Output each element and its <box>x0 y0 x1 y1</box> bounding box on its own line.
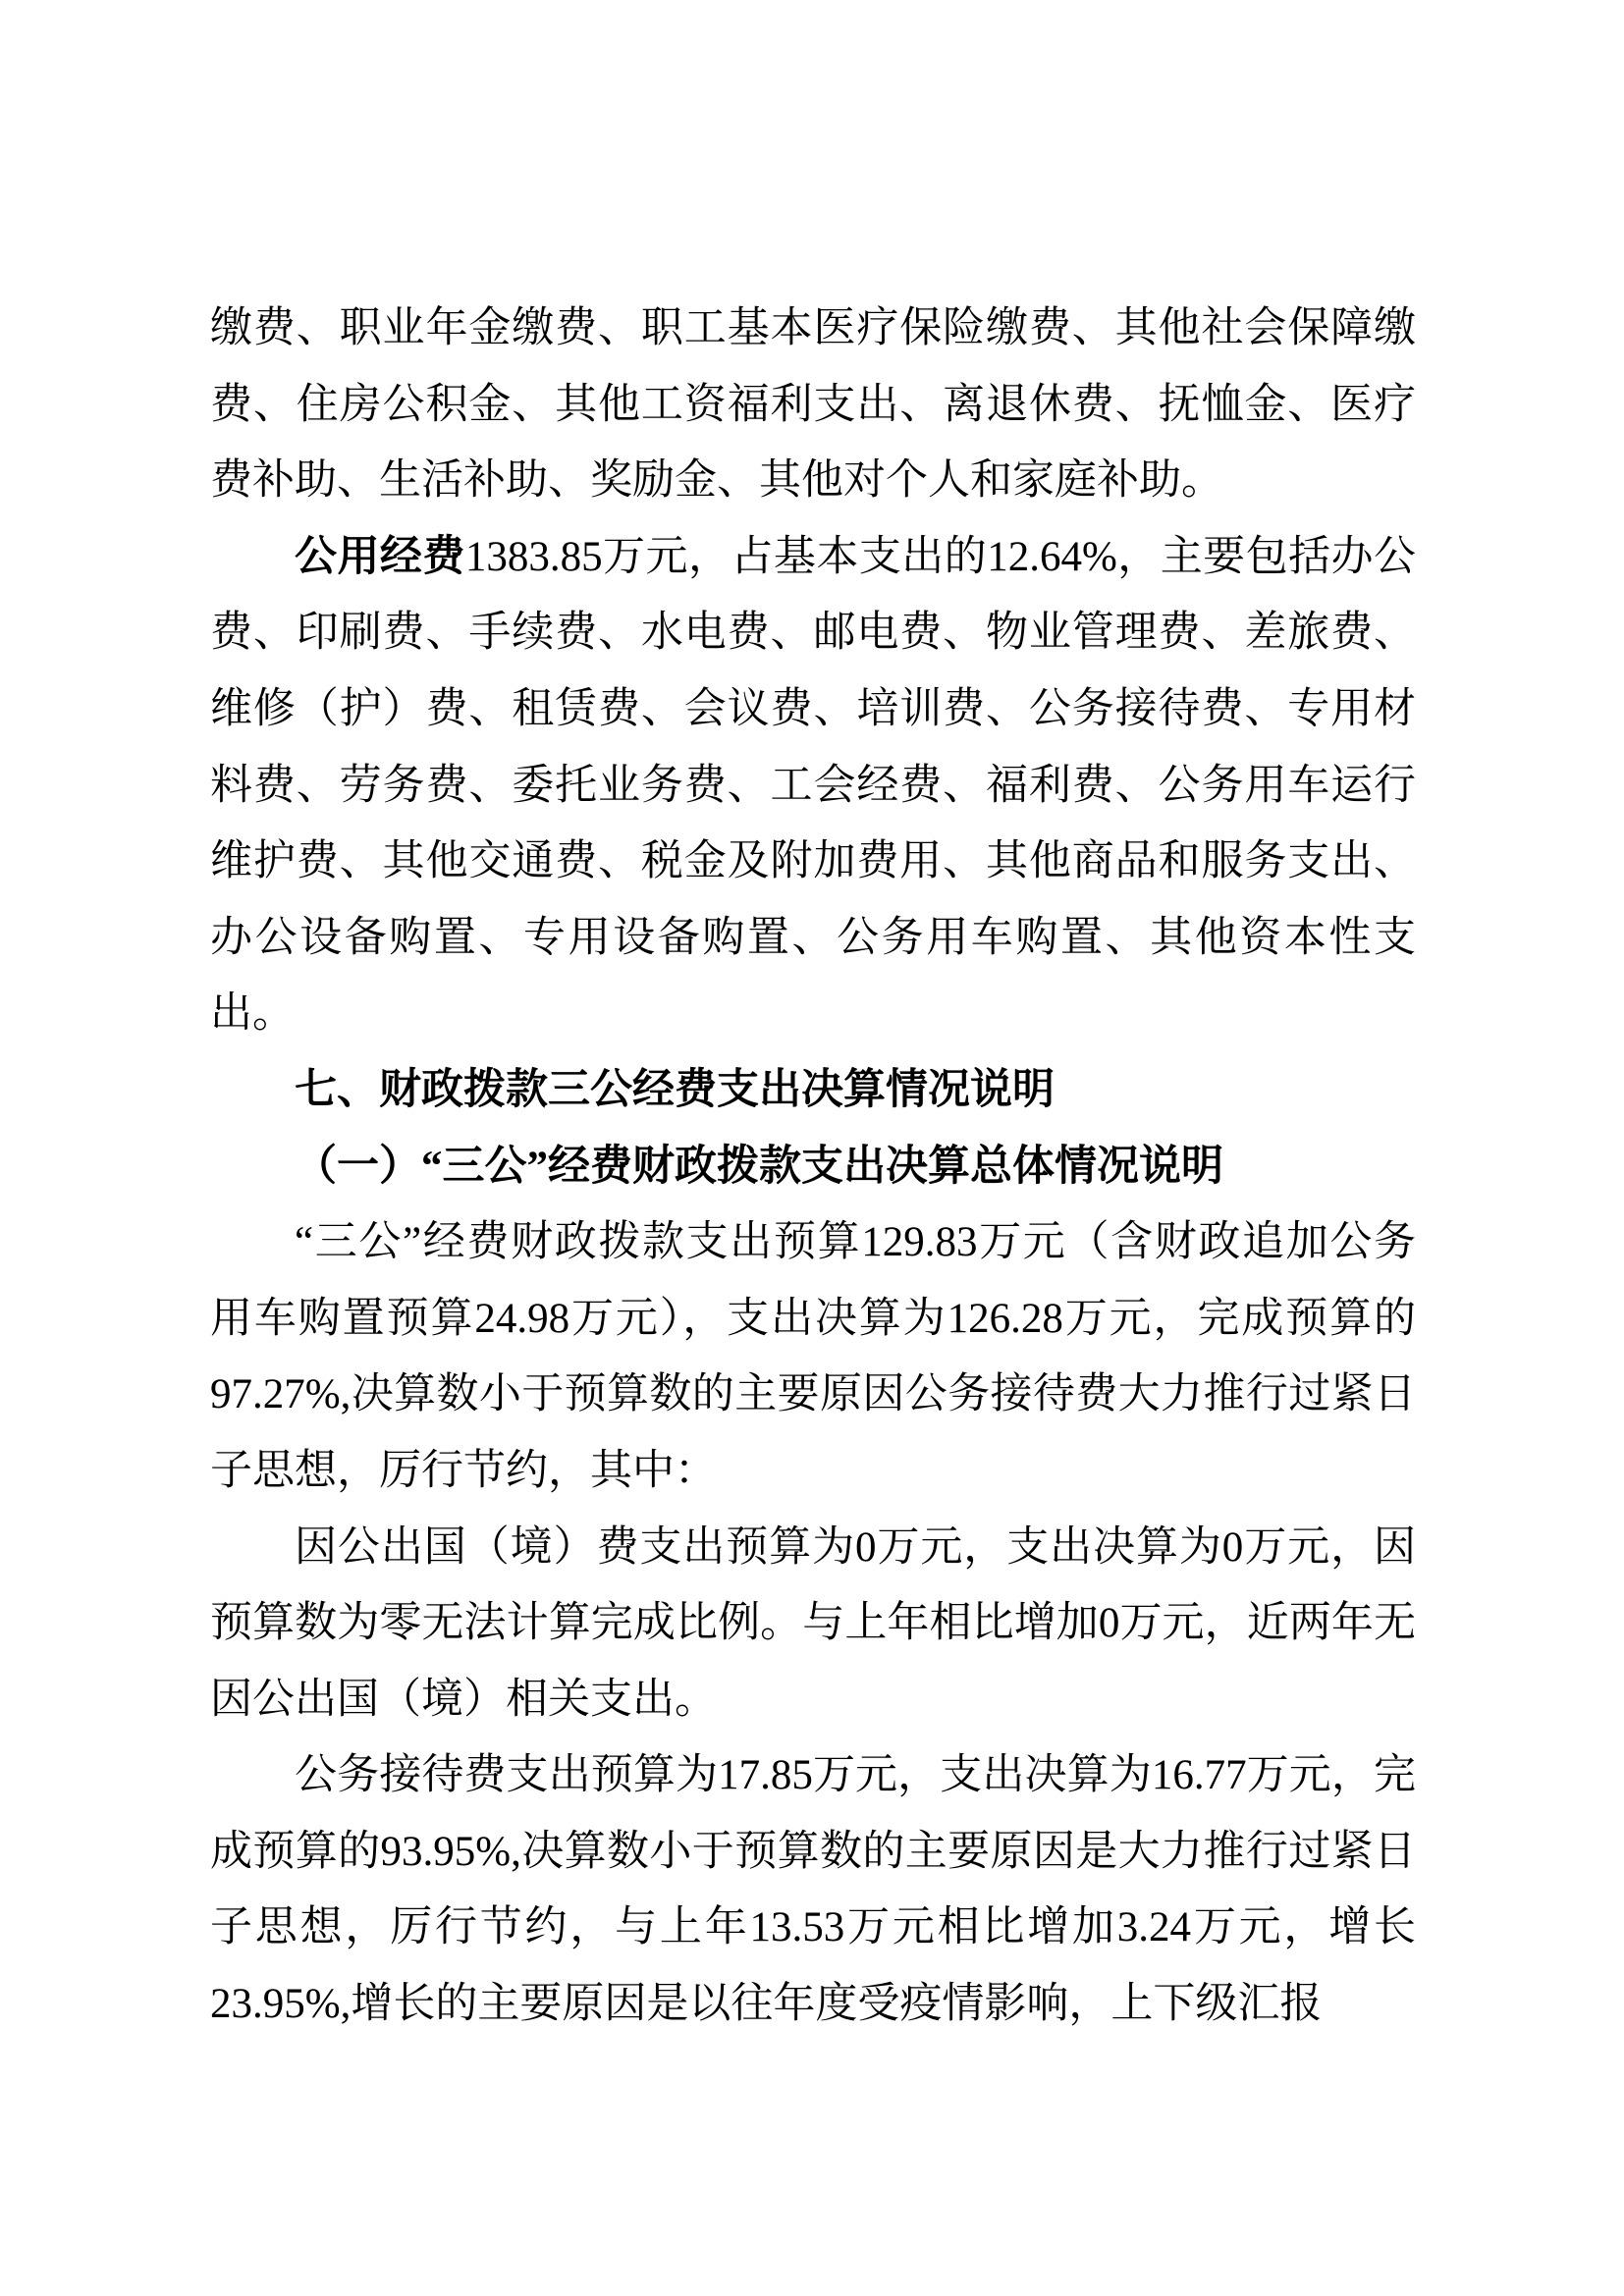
paragraph-official-reception-expense: 公务接待费支出预算为17.85万元，支出决算为16.77万元，完成预算的93.9… <box>210 1737 1416 2042</box>
heading-section-seven-three-public-funds: 七、财政拨款三公经费支出决算情况说明 <box>210 1052 1416 1129</box>
paragraph-lead-public-operating-expenses: 公用经费 <box>295 534 465 580</box>
document-page: 缴费、职业年金缴费、职工基本医疗保险缴费、其他社会保障缴费、住房公积金、其他工资… <box>0 0 1624 2296</box>
heading-subsection-one-overall-situation: （一）“三公”经费财政拨款支出决算总体情况说明 <box>210 1129 1416 1205</box>
paragraph-basic-personnel-expenses-continuation: 缴费、职业年金缴费、职工基本医疗保险缴费、其他社会保障缴费、住房公积金、其他工资… <box>210 291 1416 519</box>
document-body-text: 缴费、职业年金缴费、职工基本医疗保险缴费、其他社会保障缴费、住房公积金、其他工资… <box>210 291 1416 2043</box>
paragraph-public-operating-expenses: 公用经费1383.85万元，占基本支出的12.64%，主要包括办公费、印刷费、手… <box>210 519 1416 1052</box>
paragraph-text-public-operating-expenses: 1383.85万元，占基本支出的12.64%，主要包括办公费、印刷费、手续费、水… <box>210 534 1416 1038</box>
paragraph-overseas-trips-expense: 因公出国（境）费支出预算为0万元，支出决算为0万元，因预算数为零无法计算完成比例… <box>210 1510 1416 1738</box>
paragraph-three-public-funds-overview: “三公”经费财政拨款支出预算129.83万元（含财政追加公务用车购置预算24.9… <box>210 1204 1416 1509</box>
